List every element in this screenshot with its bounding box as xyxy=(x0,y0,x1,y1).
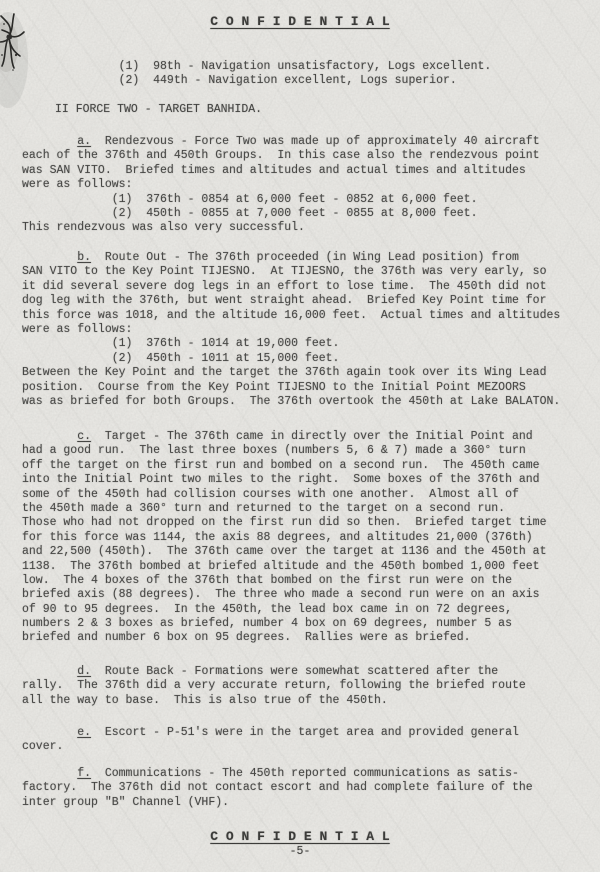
paragraph-label: c. xyxy=(77,430,91,443)
paragraph-body: cover. xyxy=(22,740,594,754)
paragraph-route-back: d. Route Back - Formations were somewhat… xyxy=(22,665,594,708)
paragraph-communications: f. Communications - The 450th reported c… xyxy=(22,767,594,810)
text-line: cover. xyxy=(22,740,594,754)
paragraph-body: SAN VITO to the Key Point TIJESNO. At TI… xyxy=(22,265,594,409)
text-line: this force was 1018, and the altitude 16… xyxy=(22,309,594,323)
document-page: C O N F I D E N T I A L (1) 98th - Navig… xyxy=(0,0,600,872)
page-number: -5- xyxy=(0,845,600,858)
paragraph-body: rally. The 376th did a very accurate ret… xyxy=(22,679,594,708)
paragraph-lead-text: Communications - The 450th reported comm… xyxy=(91,767,519,780)
text-line: had a good run. The last three boxes (nu… xyxy=(22,444,594,458)
text-line: each of the 376th and 450th Groups. In t… xyxy=(22,149,594,163)
text-line: and 22,500 (450th). The 376th came over … xyxy=(22,545,594,559)
paragraph-first-line: c. Target - The 376th came in directly o… xyxy=(22,430,594,444)
paragraph-first-line: a. Rendezvous - Force Two was made up of… xyxy=(22,135,594,149)
paragraph-route-out: b. Route Out - The 376th proceeded (in W… xyxy=(22,251,594,409)
paragraph-first-line: b. Route Out - The 376th proceeded (in W… xyxy=(22,251,594,265)
paragraph-body: each of the 376th and 450th Groups. In t… xyxy=(22,149,594,235)
text-line: (1) 98th - Navigation unsatisfactory, Lo… xyxy=(22,60,594,74)
text-line: rally. The 376th did a very accurate ret… xyxy=(22,679,594,693)
paragraph-first-line: e. Escort - P-51's were in the target ar… xyxy=(22,726,594,740)
text-line: (1) 376th - 1014 at 19,000 feet. xyxy=(22,337,594,351)
paragraph-lead-text: Route Out - The 376th proceeded (in Wing… xyxy=(91,251,519,264)
text-line: (1) 376th - 0854 at 6,000 feet - 0852 at… xyxy=(22,193,594,207)
paragraph-rendezvous: a. Rendezvous - Force Two was made up of… xyxy=(22,135,594,236)
text-line: factory. The 376th did not contact escor… xyxy=(22,781,594,795)
paragraph-label: d. xyxy=(77,665,91,678)
text-line: dog leg with the 376th, but went straigh… xyxy=(22,294,594,308)
text-line: Those who had not dropped on the first r… xyxy=(22,516,594,530)
text-line: were as follows: xyxy=(22,323,594,337)
text-line: of 90 to 95 degrees. In the 450th, the l… xyxy=(22,603,594,617)
intro-findings-list: (1) 98th - Navigation unsatisfactory, Lo… xyxy=(22,60,594,89)
paragraph-lead-text: Rendezvous - Force Two was made up of ap… xyxy=(91,135,540,148)
text-line: off the target on the first run and bomb… xyxy=(22,459,594,473)
text-line: (2) 450th - 1011 at 15,000 feet. xyxy=(22,352,594,366)
text-line: low. The 4 boxes of the 376th that bombe… xyxy=(22,574,594,588)
text-line: briefed axis (88 degrees). The three who… xyxy=(22,588,594,602)
text-line: was SAN VITO. Briefed times and altitude… xyxy=(22,164,594,178)
paragraph-label: a. xyxy=(77,135,91,148)
text-line: briefed and number 6 box on 95 degrees. … xyxy=(22,631,594,645)
paragraph-first-line: f. Communications - The 450th reported c… xyxy=(22,767,594,781)
classification-header-top: C O N F I D E N T I A L xyxy=(0,14,600,29)
paragraph-label: b. xyxy=(77,251,91,264)
text-line: was as briefed for both Groups. The 376t… xyxy=(22,395,594,409)
text-line: This rendezvous was also very successful… xyxy=(22,221,594,235)
text-line: position. Course from the Key Point TIJE… xyxy=(22,381,594,395)
paragraph-escort: e. Escort - P-51's were in the target ar… xyxy=(22,726,594,755)
paragraph-lead-text: Target - The 376th came in directly over… xyxy=(91,430,533,443)
paragraph-indent xyxy=(22,251,77,264)
text-line: SAN VITO to the Key Point TIJESNO. At TI… xyxy=(22,265,594,279)
text-line: (2) 449th - Navigation excellent, Logs s… xyxy=(22,74,594,88)
text-line: some of the 450th had collision courses … xyxy=(22,488,594,502)
text-line: (2) 450th - 0855 at 7,000 feet - 0855 at… xyxy=(22,207,594,221)
text-line: for this force was 1144, the axis 88 deg… xyxy=(22,531,594,545)
classification-header-bottom: C O N F I D E N T I A L xyxy=(0,829,600,844)
text-line: it did several severe dog legs in an eff… xyxy=(22,280,594,294)
section-heading-force-two: II FORCE TWO - TARGET BANHIDA. xyxy=(55,103,262,117)
paragraph-lead-text: Route Back - Formations were somewhat sc… xyxy=(91,665,498,678)
text-line: numbers 2 & 3 boxes as briefed, number 4… xyxy=(22,617,594,631)
paragraph-body: factory. The 376th did not contact escor… xyxy=(22,781,594,810)
paragraph-body: had a good run. The last three boxes (nu… xyxy=(22,444,594,645)
paragraph-indent xyxy=(22,726,77,739)
paragraph-label: e. xyxy=(77,726,91,739)
paragraph-indent xyxy=(22,135,77,148)
paragraph-target: c. Target - The 376th came in directly o… xyxy=(22,430,594,646)
text-line: Between the Key Point and the target the… xyxy=(22,366,594,380)
text-line: inter group "B" Channel (VHF). xyxy=(22,796,594,810)
paragraph-indent xyxy=(22,767,77,780)
paragraph-lead-text: Escort - P-51's were in the target area … xyxy=(91,726,519,739)
text-line: into the Initial Point two miles to the … xyxy=(22,473,594,487)
text-line: all the way to base. This is also true o… xyxy=(22,694,594,708)
paragraph-label: f. xyxy=(77,767,91,780)
paragraph-indent xyxy=(22,430,77,443)
text-line: the 450th made a 360° turn and returned … xyxy=(22,502,594,516)
paragraph-first-line: d. Route Back - Formations were somewhat… xyxy=(22,665,594,679)
text-line: 1138. The 376th bombed at briefed altitu… xyxy=(22,560,594,574)
text-line: were as follows: xyxy=(22,178,594,192)
paragraph-indent xyxy=(22,665,77,678)
